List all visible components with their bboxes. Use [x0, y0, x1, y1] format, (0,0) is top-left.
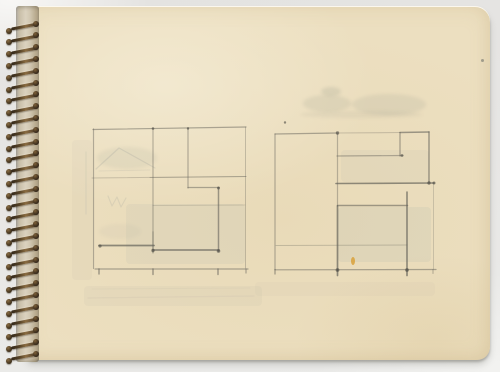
coil-right-end-icon — [33, 56, 39, 62]
coil-right-end-icon — [33, 221, 39, 227]
coil-right-end-icon — [33, 304, 39, 310]
sketchbook-page — [27, 7, 490, 360]
coil-right-end-icon — [33, 186, 39, 192]
photo-background — [0, 0, 500, 372]
coil-right-end-icon — [33, 44, 39, 50]
coil-right-end-icon — [33, 162, 39, 168]
coil-right-end-icon — [33, 32, 39, 38]
coil-right-end-icon — [33, 245, 39, 251]
spiral-binding — [0, 0, 46, 372]
coil-right-end-icon — [33, 327, 39, 333]
coil-right-end-icon — [33, 257, 39, 263]
coil-right-end-icon — [33, 115, 39, 121]
coil-right-end-icon — [33, 139, 39, 145]
coil-right-end-icon — [33, 21, 39, 27]
coil-right-end-icon — [33, 198, 39, 204]
coil-right-end-icon — [33, 268, 39, 274]
coil-right-end-icon — [33, 316, 39, 322]
coil-right-end-icon — [33, 233, 39, 239]
coil-right-end-icon — [33, 280, 39, 286]
coil-right-end-icon — [33, 80, 39, 86]
coil-loop-icon — [5, 351, 41, 364]
coil-right-end-icon — [33, 339, 39, 345]
coil-right-end-icon — [33, 103, 39, 109]
coil-right-end-icon — [33, 209, 39, 215]
coil-right-end-icon — [33, 150, 39, 156]
coil-right-end-icon — [33, 351, 39, 357]
coil-right-end-icon — [33, 91, 39, 97]
coil-right-end-icon — [33, 292, 39, 298]
coil-right-end-icon — [33, 127, 39, 133]
coil-right-end-icon — [33, 68, 39, 74]
coil-right-end-icon — [33, 174, 39, 180]
